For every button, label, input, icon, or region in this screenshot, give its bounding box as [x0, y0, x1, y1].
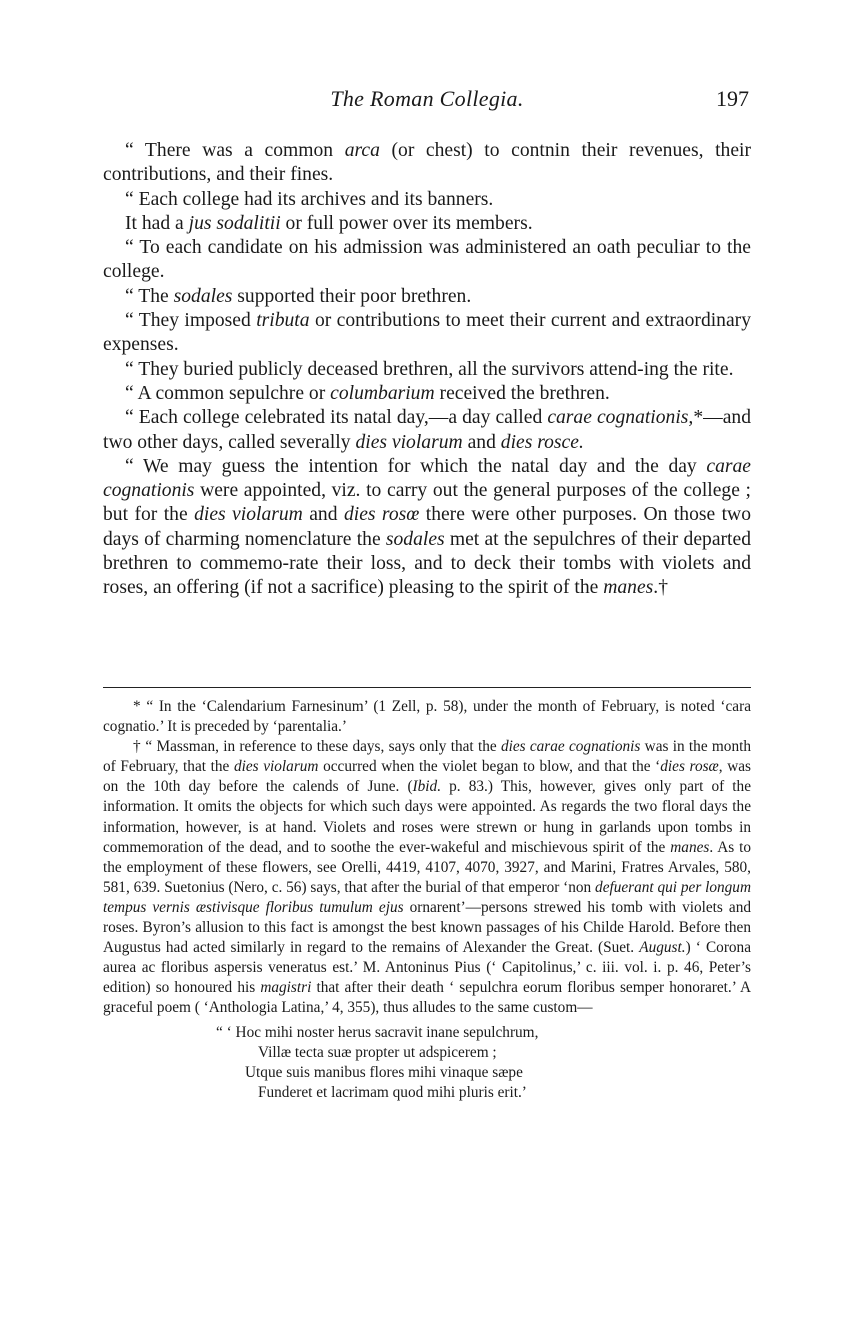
italic-run: jus sodalitii	[189, 213, 281, 234]
italic-run: tributa	[256, 310, 309, 331]
paragraph: “ Each college had its archives and its …	[103, 188, 751, 212]
italic-run: dies rosæ	[660, 758, 718, 775]
footnote-asterisk: * “ In the ‘Calendarium Farnesinum’ (1 Z…	[103, 697, 751, 737]
italic-run: Ibid.	[413, 778, 441, 795]
text-run: “ They imposed	[125, 310, 256, 331]
text-run: “ Each college celebrated its natal day,…	[125, 407, 547, 428]
italic-run: dies rosœ	[344, 504, 419, 525]
text-run: and	[303, 504, 344, 525]
text-run: or full power over its members.	[281, 213, 533, 234]
italic-run: carae cognationis,	[547, 407, 693, 428]
text-run: .†	[653, 577, 668, 598]
italic-run: dies violarum	[355, 432, 462, 453]
text-run: “ Each college had its archives and its …	[125, 189, 493, 210]
running-head: The Roman Collegia. 197	[103, 86, 751, 114]
paragraph: “ We may guess the intention for which t…	[103, 455, 751, 601]
footnote-dagger: † “ Massman, in reference to these days,…	[103, 737, 751, 1018]
text-run: “ We may guess the intention for which t…	[125, 456, 706, 477]
main-text: “ There was a common arca (or chest) to …	[103, 139, 751, 601]
footnote-separator	[103, 687, 751, 688]
text-run: “ They buried publicly deceased brethren…	[125, 359, 733, 380]
italic-run: manes	[603, 577, 653, 598]
paragraph: “ Each college celebrated its natal day,…	[103, 406, 751, 455]
running-title: The Roman Collegia.	[103, 86, 751, 112]
poem-line: Villæ tecta suæ propter ut adspicerem ;	[103, 1043, 751, 1063]
italic-run: columbarium	[330, 383, 435, 404]
italic-run: dies carae cognationis	[501, 738, 640, 755]
poem-line: Funderet et lacrimam quod mihi pluris er…	[103, 1083, 751, 1103]
text-run: supported their poor brethren.	[232, 286, 471, 307]
text-run: “ A common sepulchre or	[125, 383, 330, 404]
text-run: “ The	[125, 286, 174, 307]
poem-line: Utque suis manibus flores mihi vinaque s…	[103, 1063, 751, 1083]
text-run: It had a	[125, 213, 189, 234]
text-run: and	[463, 432, 501, 453]
italic-run: arca	[345, 140, 380, 161]
italic-run: manes	[670, 839, 709, 856]
paragraph: “ They imposed tributa or contributions …	[103, 309, 751, 358]
paragraph: “ A common sepulchre or columbarium rece…	[103, 382, 751, 406]
paragraph: “ The sodales supported their poor breth…	[103, 285, 751, 309]
poem-quotation: “ ‘ Hoc mihi noster herus sacravit inane…	[103, 1023, 751, 1103]
italic-run: dies violarum	[194, 504, 303, 525]
italic-run: dies rosce.	[501, 432, 584, 453]
poem-line: “ ‘ Hoc mihi noster herus sacravit inane…	[103, 1023, 751, 1043]
italic-run: sodales	[386, 529, 445, 550]
italic-run: sodales	[174, 286, 233, 307]
footnotes: * “ In the ‘Calendarium Farnesinum’ (1 Z…	[103, 697, 751, 1103]
text-run: occurred when the violet began to blow, …	[318, 758, 660, 775]
paragraph: It had a jus sodalitii or full power ove…	[103, 212, 751, 236]
text-run: received the brethren.	[435, 383, 610, 404]
text-run: “ There was a common	[125, 140, 345, 161]
text-run: “ To each candidate on his admission was…	[103, 237, 751, 282]
text-run: † “ Massman, in reference to these days,…	[133, 738, 501, 755]
paragraph: “ They buried publicly deceased brethren…	[103, 358, 751, 382]
page-number: 197	[716, 86, 749, 112]
paragraph: “ There was a common arca (or chest) to …	[103, 139, 751, 188]
italic-run: magistri	[260, 979, 311, 996]
italic-run: August.	[639, 939, 685, 956]
paragraph: “ To each candidate on his admission was…	[103, 236, 751, 285]
text-run: * “ In the ‘Calendarium Farnesinum’ (1 Z…	[103, 698, 751, 735]
italic-run: dies violarum	[234, 758, 319, 775]
